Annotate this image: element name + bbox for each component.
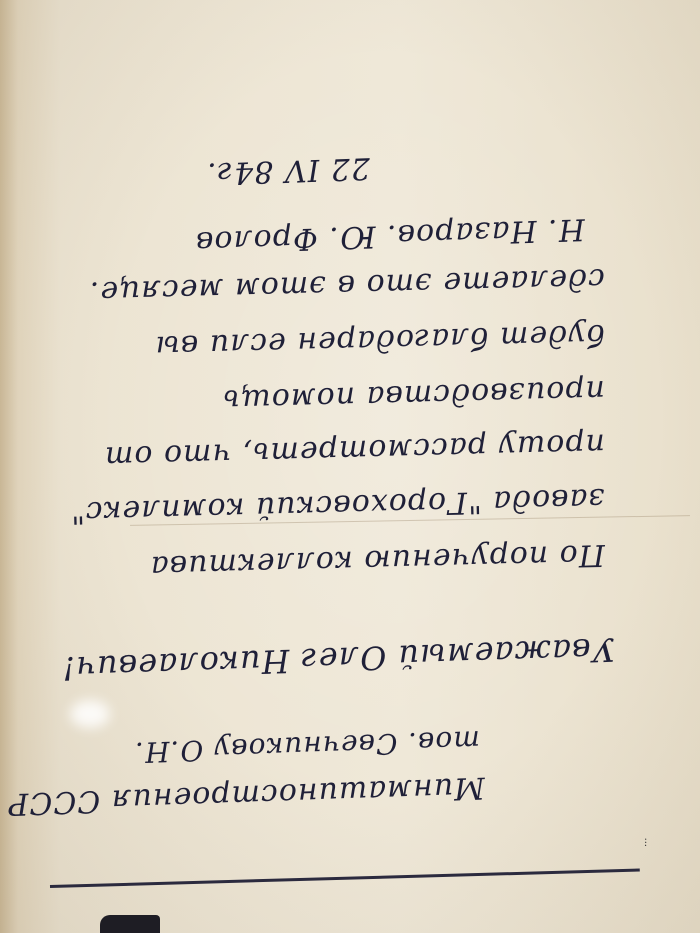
letter-sheet: Минмашиностроения СССР тов. Свечникову О… <box>0 0 700 933</box>
body-line: прошу рассмотреть, что от <box>104 426 606 474</box>
addressee-line-1: Минмашиностроения СССР <box>7 770 486 822</box>
body-line: будет благодарен если вы <box>154 317 605 364</box>
date: 22 IV 84г. <box>206 150 371 191</box>
signatures: Н. Назаров. Ю. Фролов <box>195 211 586 260</box>
body-line: производства помощь <box>222 373 605 418</box>
letterhead-emblem <box>100 915 160 933</box>
body-line: завода "Гороховский комплекс" <box>70 481 606 530</box>
body-line: сделаете это в этом месяце. <box>88 261 605 309</box>
addressee-line-2: тов. Свечникову О.Н. <box>134 724 481 769</box>
greeting: Уважаемый Олег Николаевич! <box>61 630 616 687</box>
margin-marks: :· <box>644 838 647 850</box>
body-line: По поручению коллектива <box>149 537 605 584</box>
